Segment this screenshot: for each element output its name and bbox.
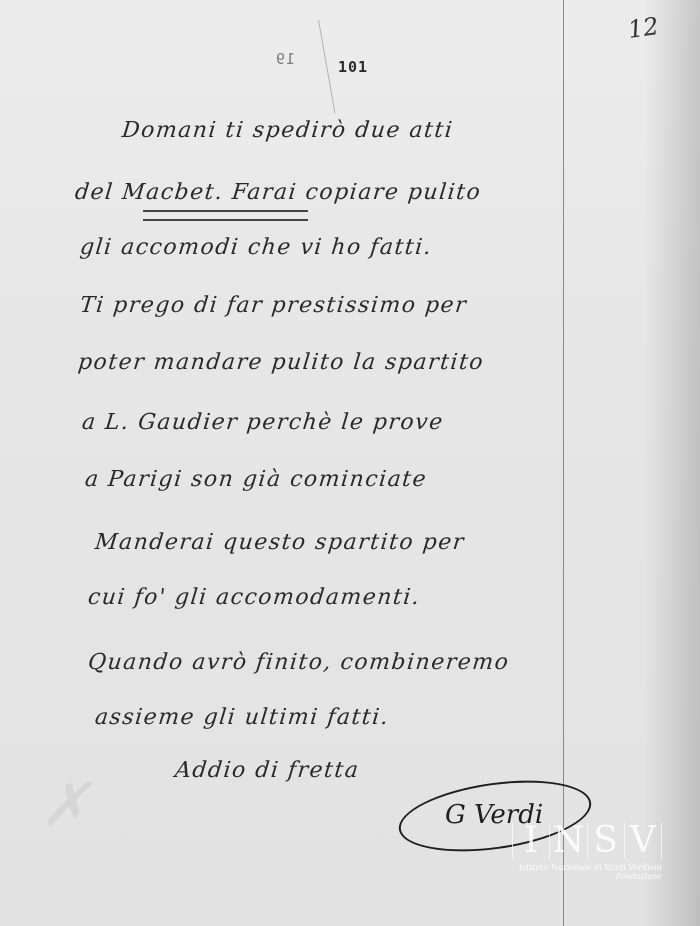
folio-number: 12 (626, 12, 660, 44)
faint-pencil-mark: ✗ (40, 770, 90, 840)
letter-line-3: gli accomodi che vi ho fatti. (79, 235, 434, 260)
watermark-institution: Istituto Nazionale di Studi Verdiani (512, 863, 662, 872)
watermark-logo: I N S V (512, 823, 662, 859)
letter-line-8: Manderai questo spartito per (94, 530, 466, 555)
double-underline (143, 210, 308, 212)
watermark-subtitle: Fondazione (512, 872, 662, 881)
closing-line: Addio di fretta (174, 758, 361, 783)
letter-line-11: assieme gli ultimi fatti. (94, 705, 391, 730)
mirrored-stamp-number: 19 (275, 50, 295, 68)
letter-line-2: del Macbet. Farai copiare pulito (74, 180, 483, 205)
letter-line-1: Domani ti spedirò due atti (121, 118, 455, 143)
letter-line-7: a Parigi son già cominciate (84, 467, 429, 492)
letter-line-6: a L. Gaudier perchè le prove (81, 410, 445, 435)
letter-line-4: Ti prego di far prestissimo per (79, 293, 469, 318)
letter-line-10: Quando avrò finito, combineremo (87, 650, 511, 675)
archive-stamp-number: 101 (338, 58, 368, 76)
letter-page: 19 101 12 Domani ti spedirò due atti del… (0, 0, 700, 926)
letter-line-5: poter mandare pulito la spartito (77, 350, 486, 375)
insv-watermark: I N S V Istituto Nazionale di Studi Verd… (512, 823, 662, 881)
letter-line-9: cui fo' gli accomodamenti. (87, 585, 422, 610)
paper-crease (318, 20, 335, 114)
double-underline (143, 219, 308, 221)
